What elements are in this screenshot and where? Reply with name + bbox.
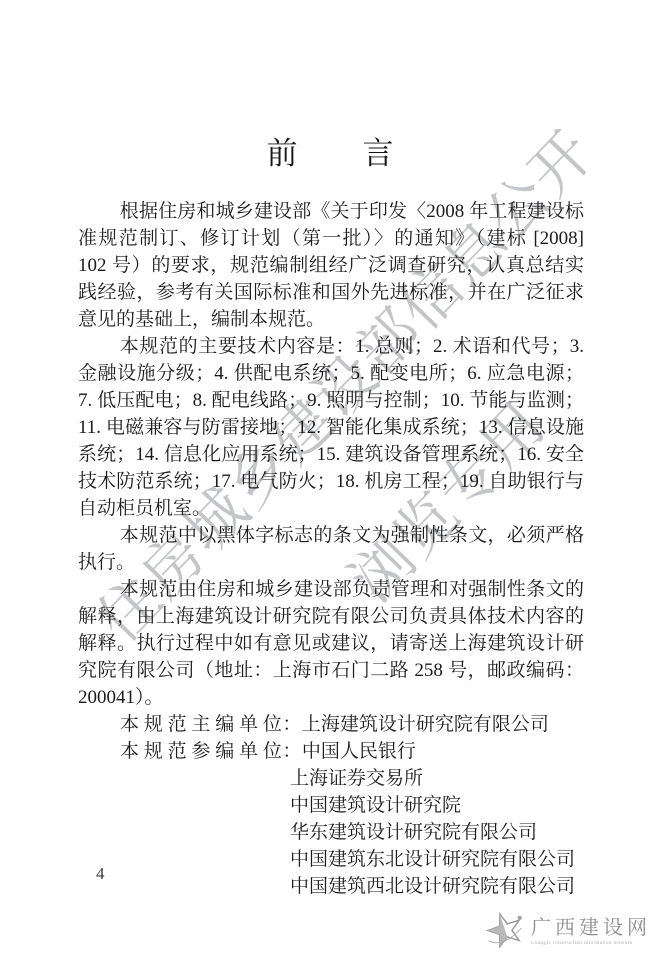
document-body: 根据住房和城乡建设部《关于印发〈2008 年工程建设标准规范制订、修订计划（第一… [78,198,584,900]
participant-unit: 上海证券交易所 [78,765,584,792]
participant-unit: 中国建筑东北设计研究院有限公司 [78,846,584,873]
participant-unit: 中国人民银行 [302,741,416,762]
participant-unit: 中国建筑西北设计研究院有限公司 [78,873,584,900]
chief-editor-value: 上海建筑设计研究院有限公司 [302,714,549,735]
participant-unit: 华东建筑设计研究院有限公司 [78,819,584,846]
site-logo-tagline: Guangxi construction information network [531,941,651,946]
page-number: 4 [96,864,105,884]
participant-editor-row: 本 规 范 参 编 单 位：中国人民银行 [78,738,584,765]
chief-editor-row: 本 规 范 主 编 单 位：上海建筑设计研究院有限公司 [78,711,584,738]
page-title: 前 言 [0,128,661,173]
star-logo-icon [483,906,527,950]
participant-editor-label: 本 规 范 参 编 单 位： [120,741,302,762]
participant-unit: 中国建筑设计研究院 [78,792,584,819]
paragraph-basis: 根据住房和城乡建设部《关于印发〈2008 年工程建设标准规范制订、修订计划（第一… [78,198,584,333]
chief-editor-label: 本 规 范 主 编 单 位： [120,714,302,735]
site-logo-name: 广西建设网 [531,911,651,940]
paragraph-contents: 本规范的主要技术内容是：1. 总则；2. 术语和代号；3. 金融设施分级；4. … [78,333,584,522]
site-logo: 广西建设网 Guangxi construction information n… [483,906,651,950]
paragraph-mandatory-clauses: 本规范中以黑体字标志的条文为强制性条文，必须严格执行。 [78,522,584,576]
document-page: 住房城乡建设部信息公开 浏览专用 前 言 根据住房和城乡建设部《关于印发〈200… [0,0,661,958]
paragraph-management: 本规范由住房和城乡建设部负责管理和对强制性条文的解释，由上海建筑设计研究院有限公… [78,576,584,711]
